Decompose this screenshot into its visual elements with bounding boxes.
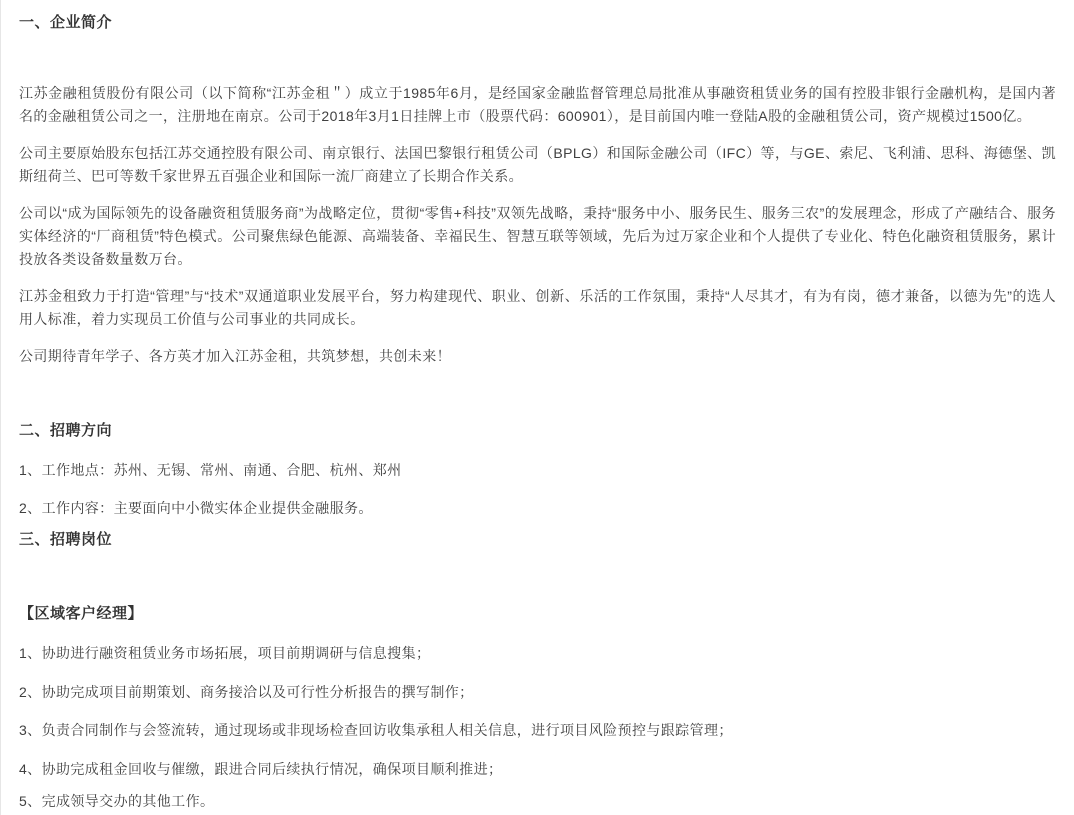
direction-item-locations: 1、工作地点：苏州、无锡、常州、南通、合肥、杭州、郑州 [19, 459, 1056, 482]
section-positions-heading: 三、招聘岗位 [19, 529, 1056, 551]
intro-paragraph-shareholders: 公司主要原始股东包括江苏交通控股有限公司、南京银行、法国巴黎银行租赁公司（BPL… [19, 142, 1056, 188]
recruitment-document: 一、企业简介 江苏金融租赁股份有限公司（以下简称“江苏金租＂）成立于1985年6… [0, 0, 1074, 815]
intro-paragraph-overview: 江苏金融租赁股份有限公司（以下简称“江苏金租＂）成立于1985年6月，是经国家金… [19, 82, 1056, 128]
job-duty-4: 4、协助完成租金回收与催缴，跟进合同后续执行情况，确保项目顺利推进； [19, 758, 1056, 781]
job-title-regional-account-manager: 【区域客户经理】 [19, 603, 1056, 625]
job-duty-1: 1、协助进行融资租赁业务市场拓展，项目前期调研与信息搜集； [19, 642, 1056, 665]
job-duty-5: 5、完成领导交办的其他工作。 [19, 790, 1056, 813]
job-duty-3: 3、负责合同制作与会签流转，通过现场或非现场检查回访收集承租人相关信息，进行项目… [19, 719, 1056, 742]
section-direction-heading: 二、招聘方向 [19, 420, 1056, 442]
section-intro-heading: 一、企业简介 [19, 12, 1056, 34]
job-duty-2: 2、协助完成项目前期策划、商务接洽以及可行性分析报告的撰写制作； [19, 681, 1056, 704]
intro-paragraph-talent: 江苏金租致力于打造“管理”与“技术”双通道职业发展平台，努力构建现代、职业、创新… [19, 285, 1056, 331]
intro-paragraph-welcome: 公司期待青年学子、各方英才加入江苏金租，共筑梦想，共创未来！ [19, 345, 1056, 368]
intro-paragraph-strategy: 公司以“成为国际领先的设备融资租赁服务商”为战略定位，贯彻“零售+科技”双领先战… [19, 202, 1056, 271]
direction-item-content: 2、工作内容：主要面向中小微实体企业提供金融服务。 [19, 497, 1056, 520]
